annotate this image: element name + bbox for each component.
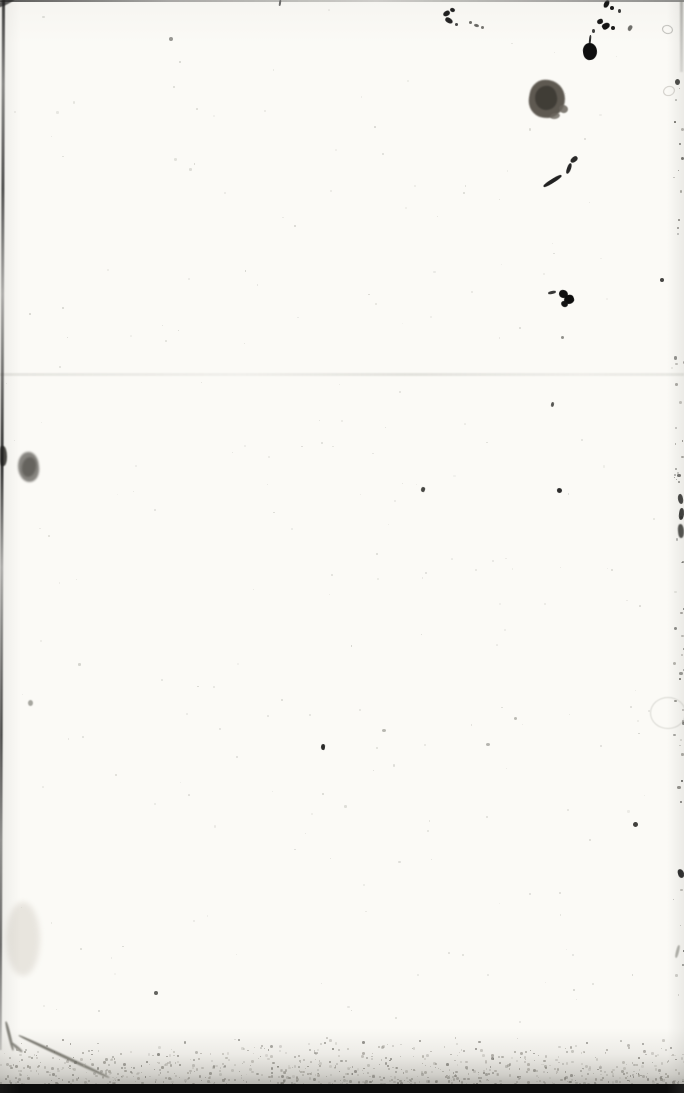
bottom-scan-border [0,1084,684,1093]
bottom-shadow-band [0,1028,684,1086]
right-edge-streak [680,0,683,72]
scanned-page [0,0,684,1093]
horizontal-crease-line [0,373,684,376]
top-edge-shadow [0,0,684,2]
bottom-noise-layer [0,0,684,1093]
